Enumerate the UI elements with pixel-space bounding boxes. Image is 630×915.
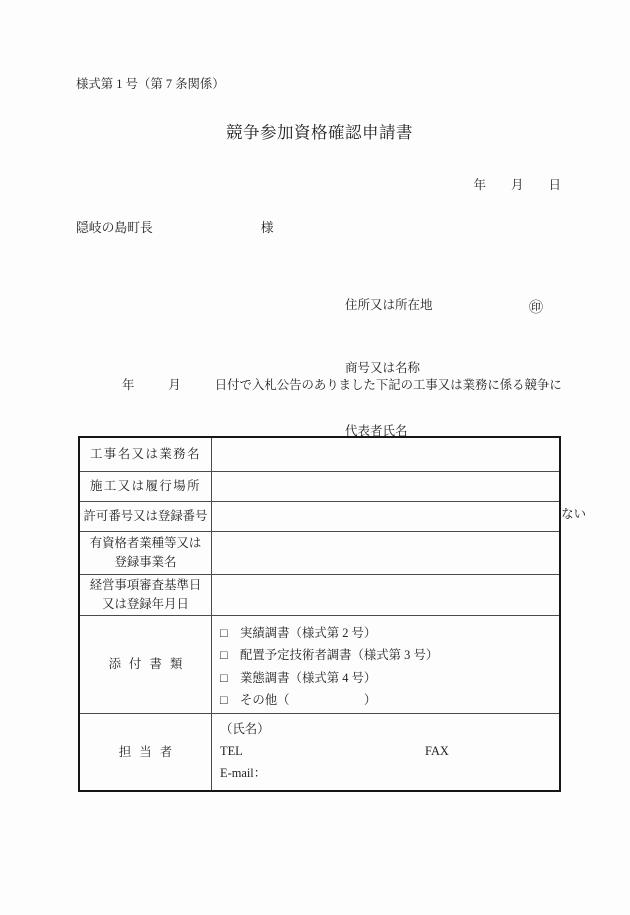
attachment-item: □実績調書（様式第 2 号） [220, 622, 559, 644]
row-label-location: 施工又は履行場所 [80, 472, 212, 501]
row-value-attached-documents: □実績調書（様式第 2 号） □配置予定技術者調書（様式第 3 号） □業態調書… [212, 616, 559, 713]
addressee-honorific: 様 [261, 221, 274, 235]
attachment-item: □配置予定技術者調書（様式第 3 号） [220, 644, 559, 666]
row-value-project-name [212, 438, 559, 471]
row-label-contact-person: 担 当 者 [80, 714, 212, 790]
email-label: E-mail： [220, 762, 559, 784]
checkbox-icon: □ [220, 644, 240, 666]
row-value-review-base-date [212, 575, 559, 615]
intro-line-1-text: 日付で入札公告のありました下記の工事又は業務に係る競争に [215, 375, 562, 397]
page-title: 競争参加資格確認申請書 [78, 119, 561, 143]
table-row: 許可番号又は登録番号 [80, 502, 559, 532]
checkbox-icon: □ [220, 622, 240, 644]
attachment-item-label: その他（ ） [240, 693, 376, 707]
row-value-contact-person: （氏名） TELFAX E-mail： [212, 714, 559, 790]
addressee-line: 隠岐の島町長様 [76, 217, 274, 236]
attachment-item-label: 配置予定技術者調書（様式第 3 号） [240, 648, 438, 662]
contact-tel-fax-line: TELFAX [220, 740, 559, 762]
row-value-permit-number [212, 502, 559, 531]
attachment-item: □その他（ ） [220, 689, 559, 711]
table-row: 添 付 書 類 □実績調書（様式第 2 号） □配置予定技術者調書（様式第 3 … [80, 616, 559, 714]
row-value-qualified-business-type [212, 532, 559, 574]
table-row: 担 当 者 （氏名） TELFAX E-mail： [80, 714, 559, 790]
row-label-attached-documents: 添 付 書 類 [80, 616, 212, 713]
applicant-address-label: 住所又は所在地 [345, 295, 433, 316]
checkbox-icon: □ [220, 667, 240, 689]
intro-month-label: 月 [168, 375, 180, 397]
attachment-item-label: 実績調書（様式第 2 号） [240, 626, 376, 640]
row-label-line-1: 有資格者業種等又は [90, 534, 202, 553]
fax-label: FAX [425, 744, 449, 758]
document-page: 様式第 1 号（第 7 条関係） 競争参加資格確認申請書 年 月 日 隠岐の島町… [0, 0, 630, 915]
intro-line-1: 年月日付で入札公告のありました下記の工事又は業務に係る競争に [78, 375, 578, 397]
contact-block: （氏名） TELFAX E-mail： [212, 714, 559, 784]
table-row: 有資格者業種等又は 登録事業名 [80, 532, 559, 575]
attachment-item-label: 業態調書（様式第 4 号） [240, 671, 376, 685]
row-label-project-name: 工事名又は業務名 [80, 438, 212, 471]
attachment-list: □実績調書（様式第 2 号） □配置予定技術者調書（様式第 3 号） □業態調書… [212, 616, 559, 711]
attachment-item: □業態調書（様式第 4 号） [220, 667, 559, 689]
addressee-name: 隠岐の島町長 [76, 221, 153, 235]
table-row: 経営事項審査基準日 又は登録年月日 [80, 575, 559, 616]
row-value-location [212, 472, 559, 501]
row-label-permit-number: 許可番号又は登録番号 [80, 502, 212, 531]
checkbox-icon: □ [220, 689, 240, 711]
date-line: 年 月 日 [78, 175, 561, 193]
row-label-line-1: 経営事項審査基準日 [90, 576, 202, 595]
row-label-line-2: 又は登録年月日 [102, 595, 189, 614]
contact-name-label: （氏名） [220, 718, 559, 740]
form-number: 様式第 1 号（第 7 条関係） [76, 74, 225, 92]
intro-year-label: 年 [122, 375, 134, 397]
seal-icon: ㊞ [529, 297, 543, 317]
row-label-line-2: 登録事業名 [115, 553, 177, 572]
table-row: 施工又は履行場所 [80, 472, 559, 502]
row-label-qualified-business-type: 有資格者業種等又は 登録事業名 [80, 532, 212, 574]
application-table: 工事名又は業務名 施工又は履行場所 許可番号又は登録番号 有資格者業種等又は 登… [78, 436, 561, 792]
table-row: 工事名又は業務名 [80, 438, 559, 472]
row-label-review-base-date: 経営事項審査基準日 又は登録年月日 [80, 575, 212, 615]
tel-label: TEL [220, 740, 425, 762]
